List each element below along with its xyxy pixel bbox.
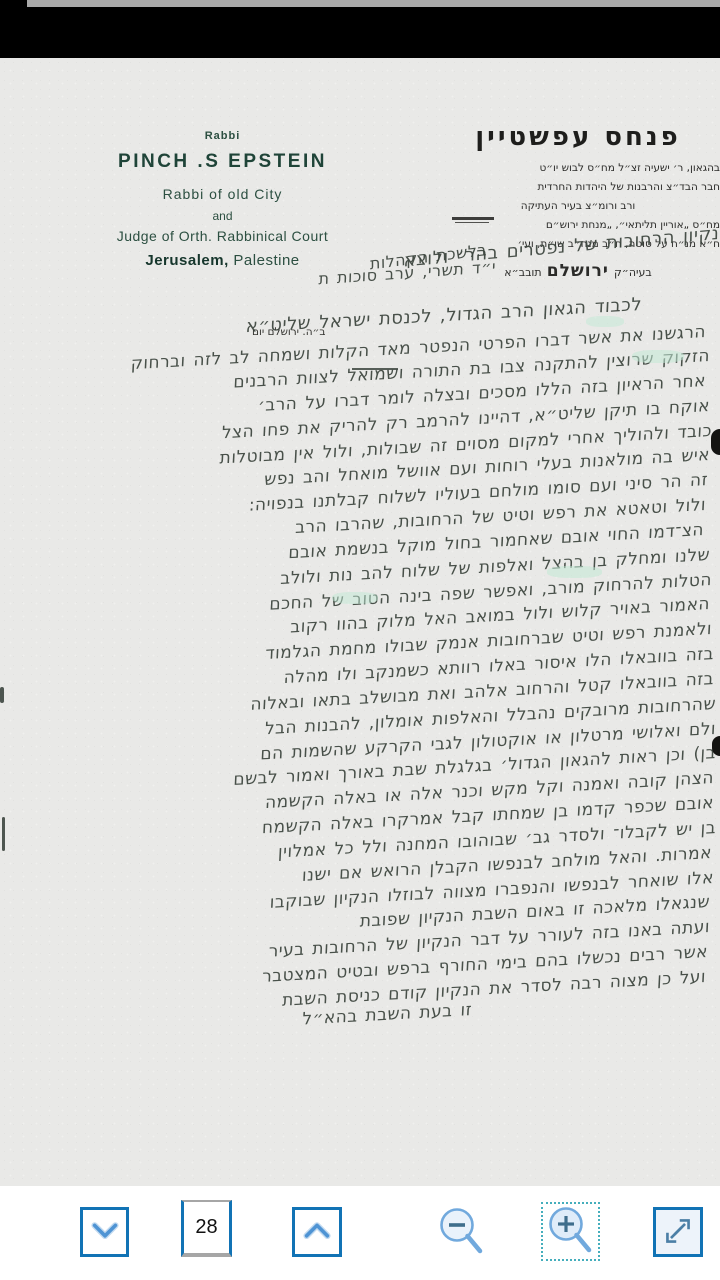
letterhead-country: Palestine [229, 252, 300, 269]
document-page: Rabbi PINCH .S EPSTEIN Rabbi of old City… [0, 58, 720, 1186]
letterhead-subtitle-1: Rabbi of old City [70, 186, 375, 202]
letterhead-city-line: Jerusalem, Palestine [70, 252, 375, 269]
chevron-down-icon [85, 1211, 125, 1254]
chevron-up-icon [297, 1211, 337, 1254]
letterhead-hebrew-name: פנחס עפשטיין [436, 122, 720, 152]
zoom-out-button[interactable] [436, 1205, 488, 1259]
scan-artifact [547, 566, 602, 578]
scan-artifact [332, 592, 378, 604]
letterhead-hebrew-city-suffix: תובב״א [504, 266, 541, 279]
letterhead-hebrew-line: בהגאון, ר׳ ישעיה זצ״ל מח״ס לבוש יו״ט [436, 159, 720, 178]
scan-artifact [712, 736, 720, 756]
scan-artifact [586, 316, 624, 327]
letterhead-hebrew-line: חבר הבד״צ והרבנות של היהדות החרדית [436, 178, 720, 197]
letterhead-hebrew-city-prefix: בעיה״ק [614, 266, 652, 279]
scan-artifact [455, 222, 489, 223]
scan-artifact [452, 217, 494, 220]
scan-artifact [2, 817, 5, 851]
scan-artifact [352, 368, 398, 370]
previous-page-button[interactable] [80, 1207, 129, 1257]
status-bar [0, 0, 720, 58]
letterhead-hebrew-city: ירושלם [547, 261, 609, 281]
scan-artifact [711, 429, 720, 455]
page-number-input[interactable] [181, 1200, 232, 1257]
scan-artifact [0, 687, 4, 703]
zoom-in-button[interactable] [541, 1202, 600, 1261]
letterhead-city: Jerusalem, [145, 252, 228, 269]
toolbar [0, 1186, 720, 1280]
expand-arrows-icon [656, 1209, 700, 1256]
letterhead-name: PINCH .S EPSTEIN [70, 151, 375, 173]
next-page-button[interactable] [292, 1207, 342, 1257]
magnifier-minus-icon [436, 1247, 488, 1262]
screen: Rabbi PINCH .S EPSTEIN Rabbi of old City… [0, 0, 720, 1280]
letterhead-english: Rabbi PINCH .S EPSTEIN Rabbi of old City… [70, 130, 375, 269]
status-bar-strip [27, 0, 720, 7]
letterhead-rabbi-label: Rabbi [70, 130, 375, 142]
scan-artifact [632, 350, 684, 363]
letterhead-subtitle-2: and [70, 209, 375, 223]
letterhead-subtitle-3: Judge of Orth. Rabbinical Court [70, 228, 375, 244]
letterhead-hebrew-line: ורב ורומ״צ בעיר העתיקה [436, 197, 720, 216]
magnifier-plus-icon [544, 1204, 597, 1260]
fullscreen-button[interactable] [653, 1207, 703, 1257]
